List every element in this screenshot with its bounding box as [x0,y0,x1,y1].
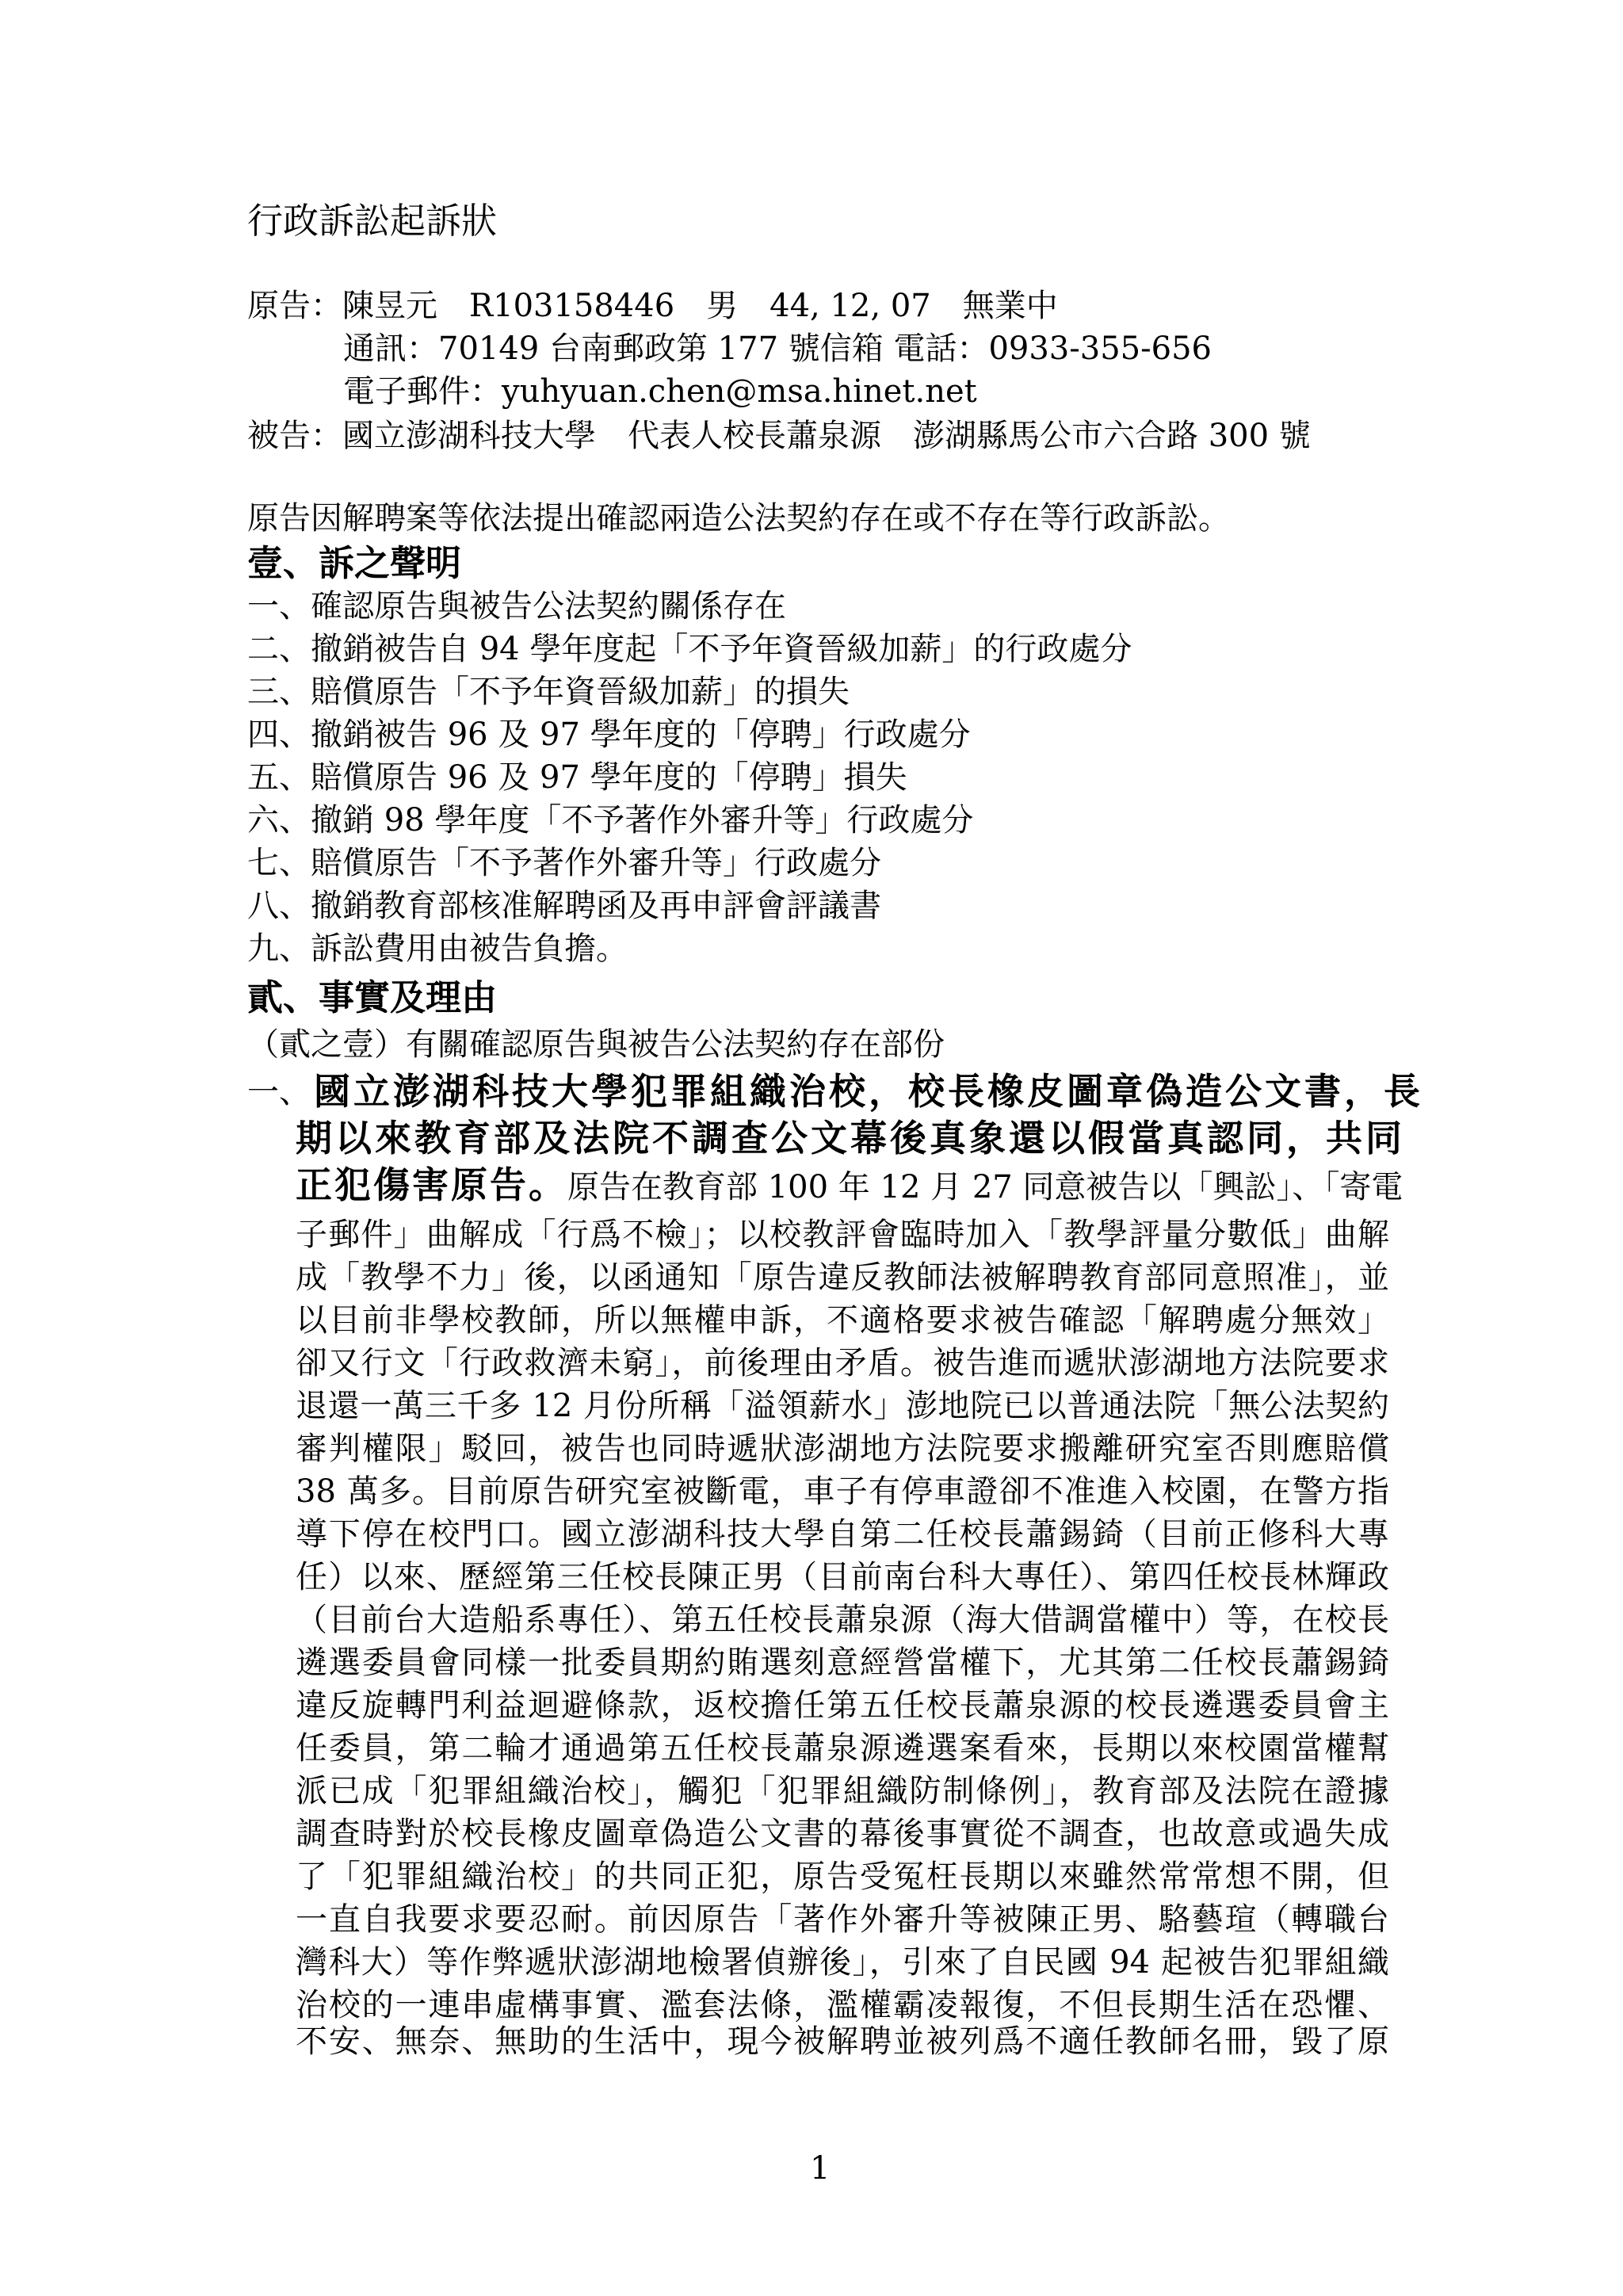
body-line: 不安、無奈、無助的生活中，現今被解聘並被列爲不適任教師名冊，毀了原 [296,2026,1389,2057]
document-title: 行政訴訟起訴狀 [247,203,497,239]
claim-item: 四、撤銷被告 96 及 97 學年度的「停聘」行政處分 [247,719,971,751]
claim-item: 六、撤銷 98 學年度「不予著作外審升等」行政處分 [247,804,973,836]
plaintiff-contact: 通訊：70149 台南郵政第 177 號信箱 電話：0933-355-656 [343,333,1212,365]
body-line: 導下停在校門口。國立澎湖科技大學自第二任校長蕭錫錡（目前正修科大專 [296,1519,1389,1550]
body-line: 38 萬多。目前原告研究室被斷電，車子有停車證卻不准進入校園，在警方指 [296,1476,1389,1507]
body-line: 了「犯罪組織治校」的共同正犯，原告受冤枉長期以來雖然常常想不開，但 [296,1861,1389,1893]
body-line: 違反旋轉門利益迴避條款，返校擔任第五任校長蕭泉源的校長遴選委員會主 [296,1690,1389,1721]
body-line: 成「教學不力」後，以函通知「原告違反教師法被解聘教育部同意照准」，並 [296,1262,1389,1293]
body-line: 卻又行文「行政救濟未窮」，前後理由矛盾。被告進而遞狀澎湖地方法院要求 [296,1347,1389,1379]
body-line: 子郵件」曲解成「行爲不檢」；以校教評會臨時加入「教學評量分數低」曲解 [296,1219,1389,1251]
claim-item: 五、賠償原告 96 及 97 學年度的「停聘」損失 [247,762,907,793]
body-segment: 原告在教育部 100 年 12 月 27 同意被告以「興訟」、「寄電 [567,1169,1403,1205]
claim-item: 二、撤銷被告自 94 學年度起「不予年資晉級加薪」的行政處分 [247,633,1132,665]
body-line: 退還一萬三千多 12 月份所稱「溢領薪水」澎地院已以普通法院「無公法契約 [296,1390,1389,1422]
body-line: 治校的一連串虛構事實、濫套法條，濫權霸凌報復，不但長期生活在恐懼、 [296,1989,1389,2021]
body-line: 灣科大）等作弊遞狀澎湖地檢署偵辦後」，引來了自民國 94 起被告犯罪組織 [296,1946,1389,1978]
claim-item: 八、撤銷教育部核准解聘函及再申評會評議書 [247,890,881,922]
claim-item: 九、訴訟費用由被告負擔。 [247,933,628,965]
bold-claim-line: 國立澎湖科技大學犯罪組織治校，校長橡皮圖章偽造公文書，長 [314,1073,1388,1110]
body-line: （目前台大造船系專任）、第五任校長蕭泉源（海大借調當權中）等，在校長 [296,1604,1389,1636]
page-number: 1 [810,2153,830,2184]
defendant-info: 被告：國立澎湖科技大學 代表人校長蕭泉源 澎湖縣馬公市六合路 300 號 [247,420,1311,452]
claim-item: 三、賠償原告「不予年資晉級加薪」的損失 [247,676,850,708]
body-line: 調查時對於校長橡皮圖章偽造公文書的幕後事實從不調查，也故意或過失成 [296,1818,1389,1850]
body-line: 派已成「犯罪組織治校」，觸犯「犯罪組織防制條例」，教育部及法院在證據 [296,1775,1389,1807]
body-line: 任委員，第二輪才通過第五任校長蕭泉源遴選案看來，長期以來校園當權幫 [296,1733,1389,1764]
section-heading-facts: 貳、事實及理由 [247,980,497,1015]
mixed-line: 正犯傷害原告。原告在教育部 100 年 12 月 27 同意被告以「興訟」、「寄… [296,1167,1389,1203]
point-marker: 一、 [247,1076,311,1108]
claim-item: 一、確認原告與被告公法契約關係存在 [247,590,786,622]
bold-claim-line: 期以來教育部及法院不調查公文幕後真象還以假當真認同，共同 [296,1120,1367,1156]
body-line: 一直自我要求要忍耐。前因原告「著作外審升等被陳正男、駱藝瑄（轉職台 [296,1904,1389,1935]
claim-item: 七、賠償原告「不予著作外審升等」行政處分 [247,847,881,879]
document-page: 行政訴訟起訴狀 原告：陳昱元 R103158446 男 44, 12, 07 無… [0,0,1623,2296]
body-line: 任）以來、歷經第三任校長陳正男（目前南台科大專任）、第四任校長林輝政 [296,1561,1389,1593]
bold-claim-lead: 正犯傷害原告。 [296,1163,567,1206]
body-line: 審判權限」駁回，被告也同時遞狀澎湖地方法院要求搬離研究室否則應賠償 [296,1433,1389,1465]
body-line: 遴選委員會同樣一批委員期約賄選刻意經營當權下，尤其第二任校長蕭錫錡 [296,1647,1389,1679]
plaintiff-info: 原告：陳昱元 R103158446 男 44, 12, 07 無業中 [247,290,1058,322]
intro-statement: 原告因解聘案等依法提出確認兩造公法契約存在或不存在等行政訴訟。 [247,502,1230,534]
plaintiff-email: 電子郵件：yuhyuan.chen@msa.hinet.net [343,376,977,407]
body-line: 以目前非學校教師，所以無權申訴，不適格要求被告確認「解聘處分無效」 [296,1305,1389,1336]
section-subheading: （貳之壹）有關確認原告與被告公法契約存在部份 [247,1029,945,1060]
section-heading-claims: 壹、訴之聲明 [247,545,461,581]
